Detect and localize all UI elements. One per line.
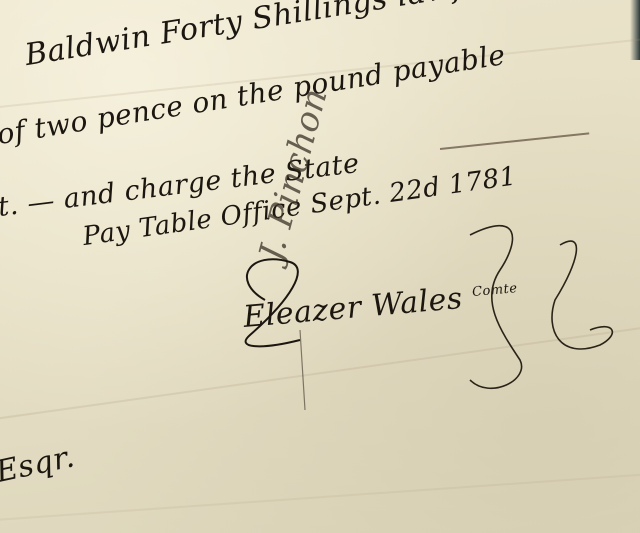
signature-flourish [0, 0, 640, 533]
